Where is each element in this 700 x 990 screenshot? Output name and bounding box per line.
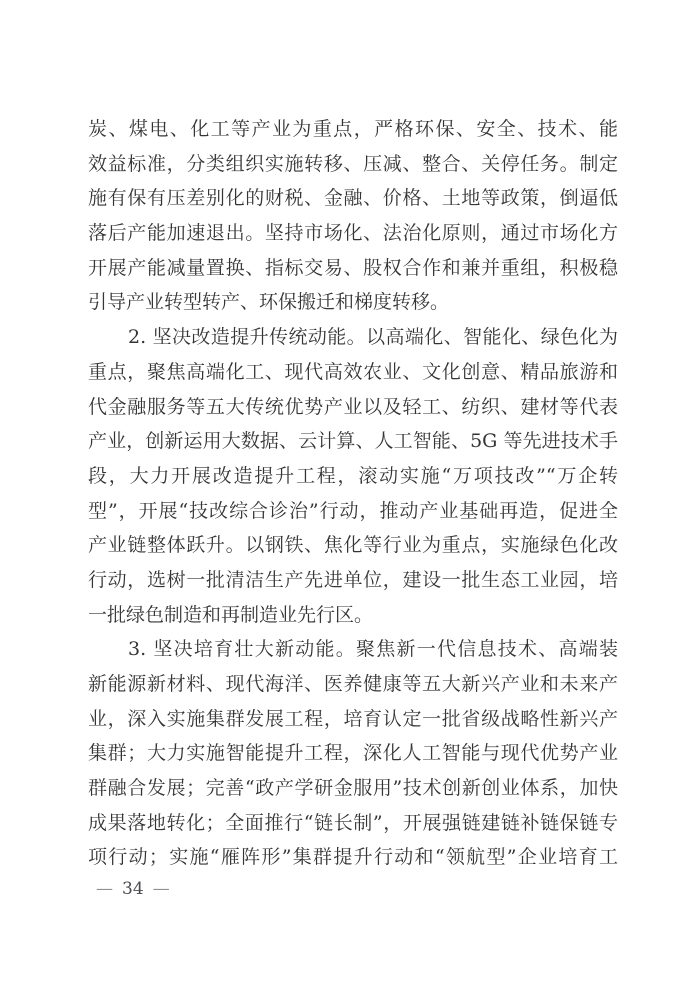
text-line: 业，深入实施集群发展工程，培育认定一批省级战略性新兴产业 — [88, 702, 618, 737]
text-line: 炭、煤电、化工等产业为重点，严格环保、安全、技术、能耗、 — [88, 112, 618, 147]
text-line-paragraph-end: 一批绿色制造和再制造业先行区。 — [88, 598, 618, 633]
text-line: 段，大力开展改造提升工程，滚动实施“万项技改”“万企转 — [88, 459, 618, 494]
text-line: 行动，选树一批清洁生产先进单位，建设一批生态工业园，培育 — [88, 563, 618, 598]
text-line: 群融合发展；完善“政产学研金服用”技术创新创业体系，加快 — [88, 771, 618, 806]
text-line-numbered-item-2: 2. 坚决改造提升传统动能。以高端化、智能化、绿色化为 — [88, 320, 618, 355]
document-page: 炭、煤电、化工等产业为重点，严格环保、安全、技术、能耗、 效益标准，分类组织实施… — [0, 0, 700, 990]
page-number: 34 — [122, 876, 144, 902]
text-line: 新能源新材料、现代海洋、医养健康等五大新兴产业和未来产 — [88, 667, 618, 702]
text-line: 代金融服务等五大传统优势产业以及轻工、纺织、建材等代表性 — [88, 390, 618, 425]
footer-dash-right: — — [153, 876, 170, 902]
text-line: 开展产能减量置换、指标交易、股权合作和兼并重组，积极稳妥 — [88, 251, 618, 286]
text-line-numbered-item-3: 3. 坚决培育壮大新动能。聚焦新一代信息技术、高端装备、 — [88, 632, 618, 667]
text-line: 成果落地转化；全面推行“链长制”，开展强链建链补链保链专 — [88, 806, 618, 841]
body-text: 炭、煤电、化工等产业为重点，严格环保、安全、技术、能耗、 效益标准，分类组织实施… — [88, 112, 618, 875]
text-line: 型”，开展“技改综合诊治”行动，推动产业基础再造，促进全 — [88, 494, 618, 529]
text-line: 项行动；实施“雁阵形”集群提升行动和“领航型”企业培育工 — [88, 840, 618, 875]
text-line: 产业，创新运用大数据、云计算、人工智能、5G 等先进技术手 — [88, 424, 618, 459]
text-line: 效益标准，分类组织实施转移、压减、整合、关停任务。制定实 — [88, 147, 618, 182]
footer-dash-left: — — [96, 876, 113, 902]
text-line: 落后产能加速退出。坚持市场化、法治化原则，通过市场化方式 — [88, 216, 618, 251]
text-line: 重点，聚焦高端化工、现代高效农业、文化创意、精品旅游和现 — [88, 355, 618, 390]
text-line: 施有保有压差别化的财税、金融、价格、土地等政策，倒逼低效 — [88, 181, 618, 216]
text-line: 集群；大力实施智能提升工程，深化人工智能与现代优势产业集 — [88, 736, 618, 771]
text-line-paragraph-end: 引导产业转型转产、环保搬迁和梯度转移。 — [88, 285, 618, 320]
page-footer: — 34 — — [96, 876, 170, 902]
text-line: 产业链整体跃升。以钢铁、焦化等行业为重点，实施绿色化改造 — [88, 528, 618, 563]
